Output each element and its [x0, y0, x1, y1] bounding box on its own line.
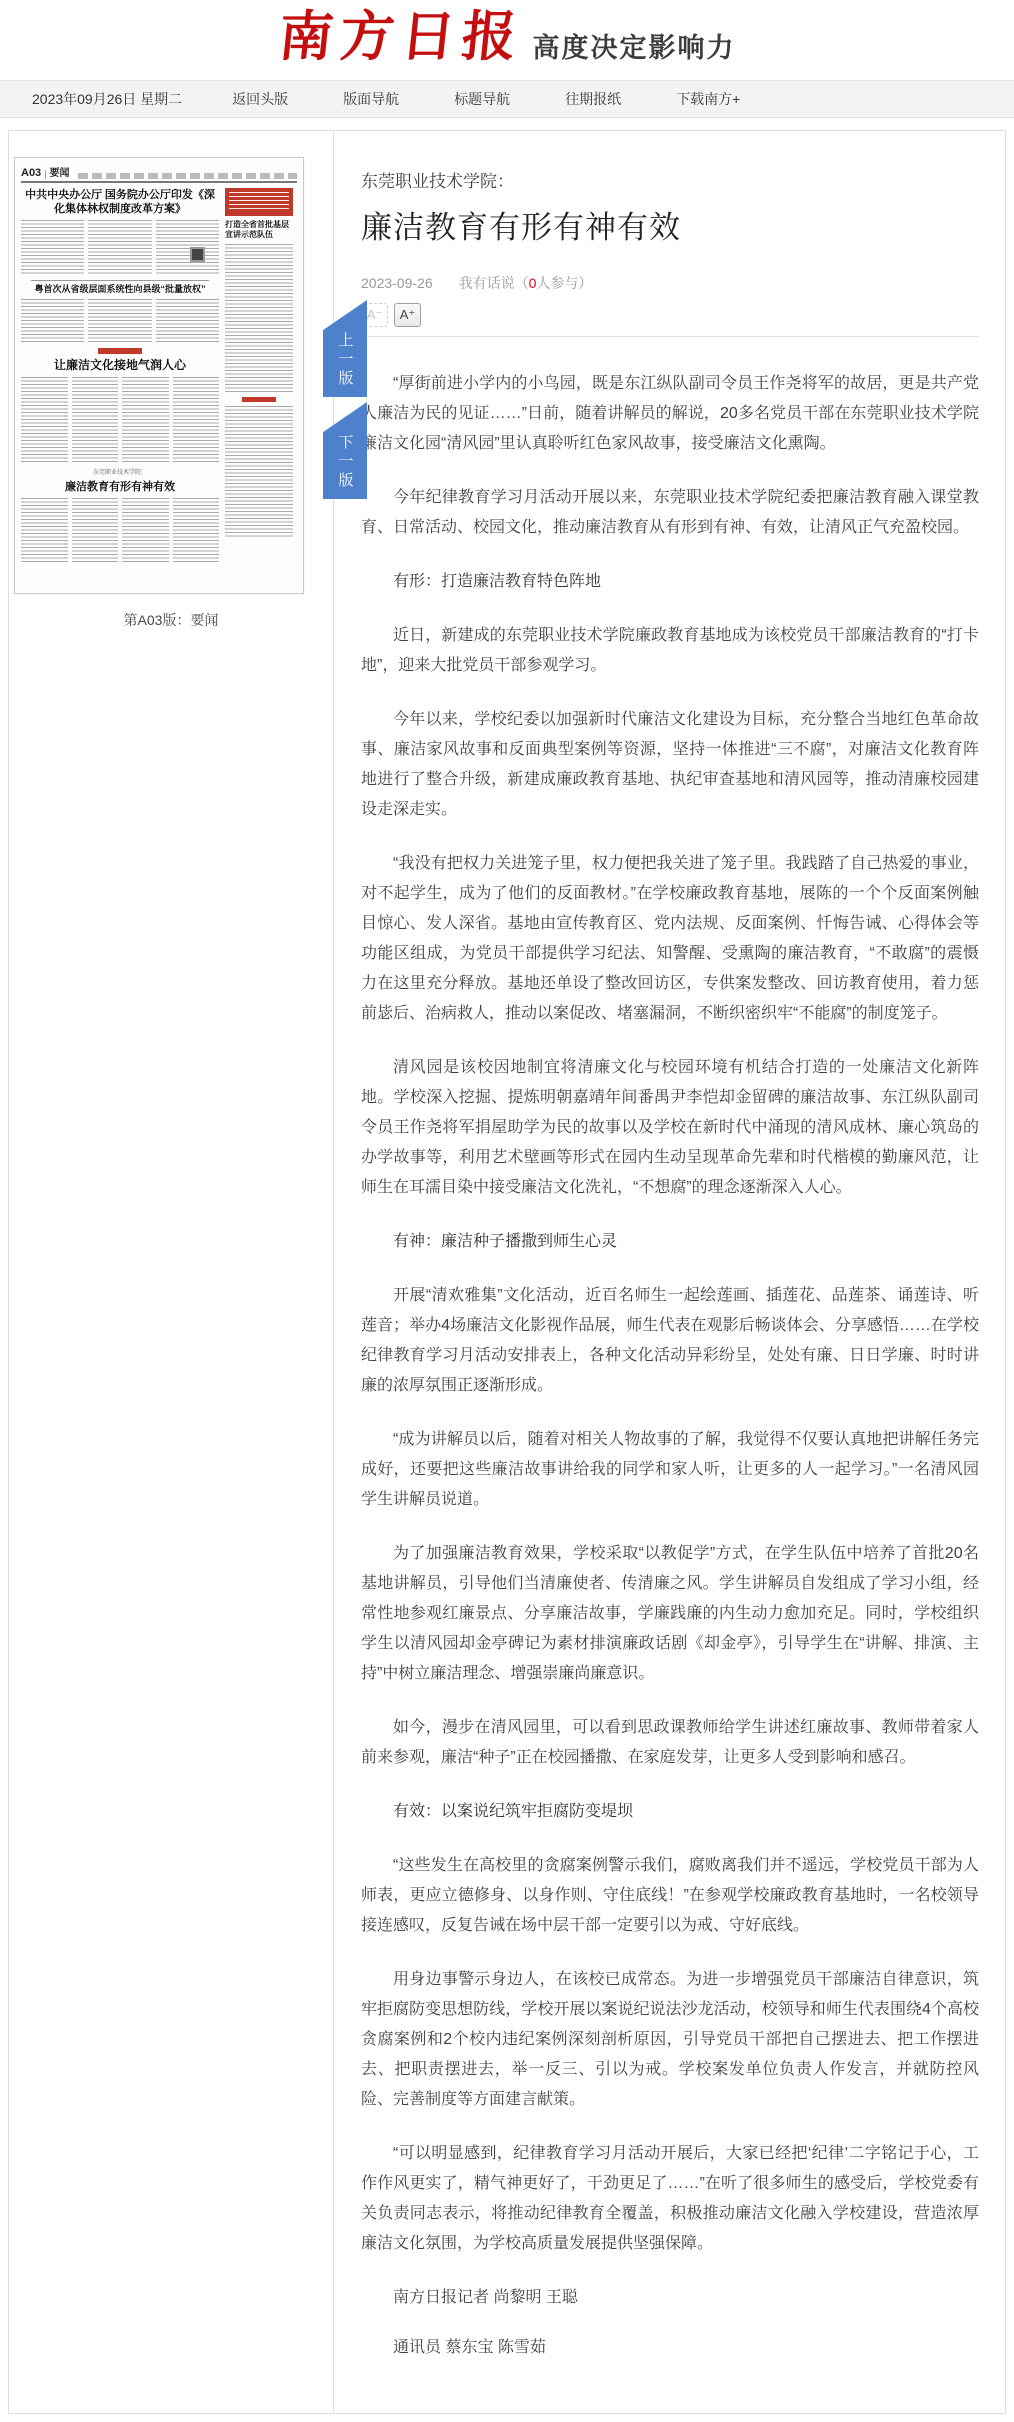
thumbnail-headline-sub: 粤首次从省级层面系统性向县级“批量放权”: [21, 284, 219, 295]
newspaper-logo: 南方日报: [276, 10, 526, 64]
nav-link[interactable]: 下载南方+: [676, 89, 740, 109]
article-paragraph: 为了加强廉洁教育效果，学校采取“以教促学”方式，在学生队伍中培养了首批20名基地…: [361, 1539, 979, 1689]
thumbnail-text-column: [173, 498, 220, 564]
thumbnail-columns: 中共中央办公厅 国务院办公厅印发《深化集体林权制度改革方案》 粤首次从省级层面系…: [21, 188, 297, 564]
thumbnail-separator: |: [44, 169, 46, 179]
section-heading: 有神：廉洁种子播撒到师生心灵: [361, 1227, 979, 1257]
thumbnail-section-label: 要闻: [50, 164, 70, 179]
nav-link[interactable]: 版面导航: [343, 89, 399, 109]
article-paragraph: “我没有把权力关进笼子里，权力便把我关进了笼子里。我践踏了自己热爱的事业，对不起…: [361, 849, 979, 1029]
thumbnail-rule: [31, 280, 209, 281]
comment-link[interactable]: 我有话说（0人参与）: [459, 275, 593, 291]
content-wrapper: A03 | 要闻 中共中央办公厅 国务院办公厅印发《深化集体林权制度改革方案》 …: [8, 130, 1006, 2414]
thumbnail-red-box: [225, 188, 293, 216]
signature-line: 南方日报记者 尚黎明 王聪: [361, 2283, 979, 2313]
signature-line: 通讯员 蔡东宝 陈雪茹: [361, 2333, 979, 2363]
thumbnail-text-column: [21, 299, 84, 343]
thumbnail-text-column: [21, 220, 84, 276]
article-paragraph: 用身边事警示身边人，在该校已成常态。为进一步增强党员干部廉洁自律意识，筑牢拒腐防…: [361, 1965, 979, 2115]
page-thumbnail[interactable]: A03 | 要闻 中共中央办公厅 国务院办公厅印发《深化集体林权制度改革方案》 …: [14, 157, 304, 594]
thumbnail-main-column: 中共中央办公厅 国务院办公厅印发《深化集体林权制度改革方案》 粤首次从省级层面系…: [21, 188, 219, 564]
article-paragraph: 今年以来，学校纪委以加强新时代廉洁文化建设为目标，充分整合当地红色革命故事、廉洁…: [361, 705, 979, 825]
section-heading: 有形：打造廉洁教育特色阵地: [361, 567, 979, 597]
nav-link[interactable]: 标题导航: [454, 89, 510, 109]
thumbnail-headline-article: 廉洁教育有形有神有效: [21, 478, 219, 494]
article-date: 2023-09-26: [361, 275, 433, 291]
qr-code: [190, 247, 205, 262]
thumbnail-red-tag: [242, 397, 276, 402]
thumbnail-text-column: [21, 377, 68, 463]
thumbnail-red-tag: [98, 348, 142, 354]
nav-link[interactable]: 往期报纸: [565, 89, 621, 109]
thumbnail-text-column: [21, 498, 68, 564]
nav-bar: 2023年09月26日 星期二 返回头版版面导航标题导航往期报纸下载南方+: [0, 80, 1014, 118]
thumbnail-text-column: [72, 377, 119, 463]
article-paragraph: 今年纪律教育学习月活动开展以来，东莞职业技术学院纪委把廉洁教育融入课堂教育、日常…: [361, 483, 979, 543]
thumbnail-text-column: [122, 498, 169, 564]
thumbnail-text-lines: [225, 406, 293, 538]
thumbnail-text-lines: [21, 220, 219, 276]
thumbnail-text-column: [225, 244, 293, 392]
article-title: 廉洁教育有形有神有效: [361, 202, 979, 247]
thumbnail-text-column: [225, 406, 293, 538]
article-meta: 2023-09-26我有话说（0人参与）: [361, 273, 979, 293]
site-header: 南方日报 高度决定影响力: [0, 0, 1014, 80]
thumbnail-text-lines: [21, 299, 219, 343]
section-heading: 有效：以案说纪筑牢拒腐防变堤坝: [361, 1797, 979, 1827]
thumbnail-meta-lines: [78, 173, 297, 179]
prev-page-label: 上一版: [335, 332, 356, 397]
thumbnail-headline-mid: 让廉洁文化接地气润人心: [21, 356, 219, 373]
thumbnail-text-lines: [21, 498, 219, 564]
thumbnail-article-kicker: 东莞职业技术学院：: [21, 467, 219, 476]
thumbnail-text-lines: [21, 377, 219, 463]
newspaper-tagline: 高度决定影响力: [533, 35, 736, 62]
next-page-label: 下一版: [335, 434, 356, 499]
thumbnail-text-column: [156, 220, 219, 276]
thumbnail-text-lines: [225, 244, 293, 392]
thumbnail-text-column: [173, 377, 220, 463]
article-paragraph: 清风园是该校因地制宜将清廉文化与校园环境有机结合打造的一处廉洁文化新阵地。学校深…: [361, 1053, 979, 1203]
nav-links: 返回头版版面导航标题导航往期报纸下载南方+: [232, 89, 795, 109]
thumbnail-text-column: [156, 299, 219, 343]
thumbnail-headline-right: 打造全省首批基层宣讲示范队伍: [225, 220, 293, 240]
thumbnail-text-column: [72, 498, 119, 564]
thumbnail-header: A03 | 要闻: [21, 164, 297, 183]
nav-date: 2023年09月26日 星期二: [32, 89, 182, 109]
nav-link[interactable]: 返回头版: [232, 89, 288, 109]
thumbnail-text-column: [88, 220, 151, 276]
toolbar-divider: [361, 336, 979, 337]
article-paragraph: “可以明显感到，纪律教育学习月活动开展后，大家已经把‘纪律’二字铭记于心，工作作…: [361, 2139, 979, 2259]
article-body: “厚街前进小学内的小鸟园，既是东江纵队副司令员王作尧将军的故居，更是共产党人廉洁…: [361, 369, 979, 2363]
font-size-controls: A⁻ A⁺: [361, 303, 979, 327]
article-main: 东莞职业技术学院： 廉洁教育有形有神有效 2023-09-26我有话说（0人参与…: [334, 131, 1005, 2413]
thumbnail-text-column: [88, 299, 151, 343]
thumbnail-red-box-lines: [229, 192, 289, 212]
page-caption: 第A03版：要闻: [9, 610, 333, 630]
article-kicker: 东莞职业技术学院：: [361, 167, 979, 192]
article-paragraph: 如今，漫步在清风园里，可以看到思政课教师给学生讲述红廉故事、教师带着家人前来参观…: [361, 1713, 979, 1773]
article-paragraph: 近日，新建成的东莞职业技术学院廉政教育基地成为该校党员干部廉洁教育的“打卡地”，…: [361, 621, 979, 681]
article-paragraph: “成为讲解员以后，随着对相关人物故事的了解，我觉得不仅要认真地把讲解任务完成好，…: [361, 1425, 979, 1515]
article-paragraph: “厚街前进小学内的小鸟园，既是东江纵队副司令员王作尧将军的故居，更是共产党人廉洁…: [361, 369, 979, 459]
article-paragraph: 开展“清欢雅集”文化活动，近百名师生一起绘莲画、插莲花、品莲茶、诵莲诗、听莲音；…: [361, 1281, 979, 1401]
thumbnail-headline-main: 中共中央办公厅 国务院办公厅印发《深化集体林权制度改革方案》: [21, 188, 219, 216]
thumbnail-text-column: [122, 377, 169, 463]
thumbnail-right-column: 打造全省首批基层宣讲示范队伍: [225, 188, 293, 564]
font-increase-button[interactable]: A⁺: [394, 303, 421, 327]
sidebar: A03 | 要闻 中共中央办公厅 国务院办公厅印发《深化集体林权制度改革方案》 …: [9, 131, 334, 2413]
thumbnail-page-label: A03: [21, 167, 41, 179]
article-paragraph: “这些发生在高校里的贪腐案例警示我们，腐败离我们并不遥远，学校党员干部为人师表，…: [361, 1851, 979, 1941]
